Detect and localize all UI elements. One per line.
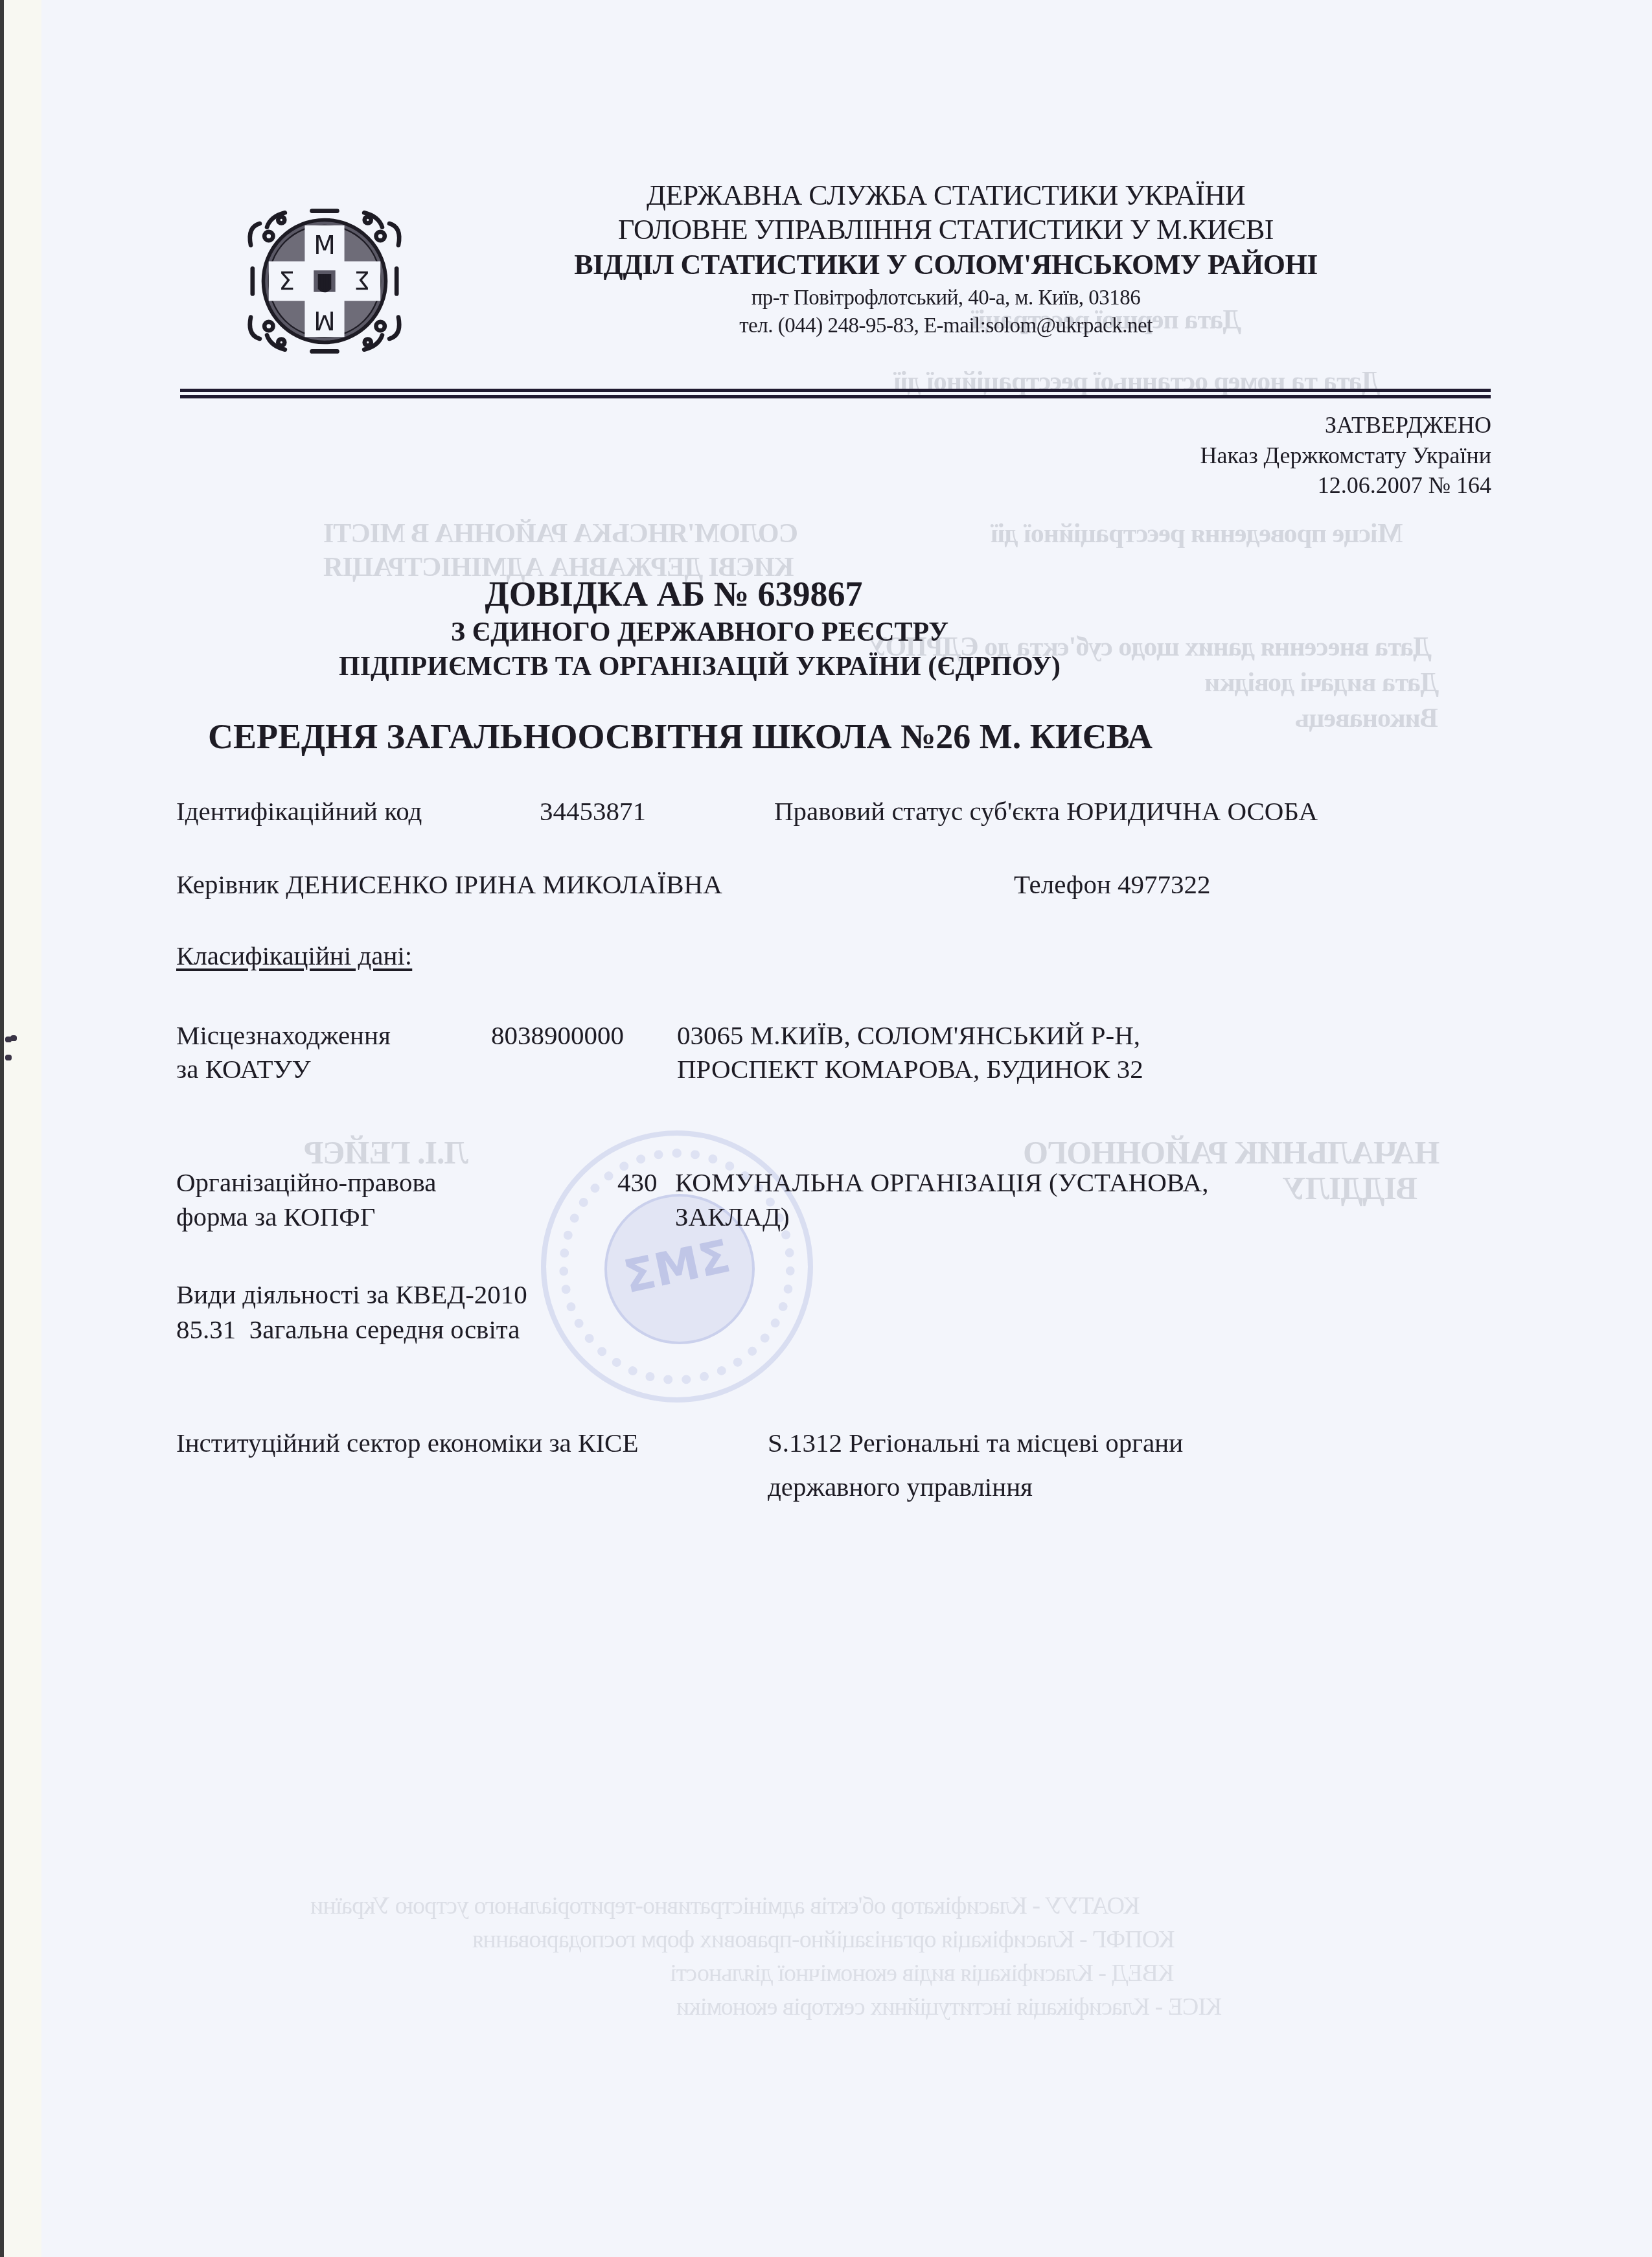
activity: 85.31 Загальна середня освіта [176,1316,520,1343]
bleed-through-text: КОАТУУ - Класифікатор об'єктів адміністр… [311,1892,1140,1920]
bleed-through-text: КВЕД - Класифікація видів економічної ді… [671,1959,1174,1988]
certificate-title: ДОВІДКА АБ № 639867 [0,577,1373,612]
bleed-through-text: ВІДДІЛУ [1283,1169,1417,1207]
certificate-subtitle: З ЄДИНОГО ДЕРЖАВНОГО РЕЄСТРУ [0,619,1399,646]
bleed-through-text: Місце проведення реєстраційної дії [991,518,1403,549]
sector-label: Інституційний сектор економіки за КІСЕ [176,1430,638,1456]
header-contacts: тел. (044) 248-95-83, E-mail:solom@ukrpa… [525,315,1367,337]
header-address: пр-т Повітрофлотський, 40-а, м. Київ, 03… [525,288,1367,309]
bleed-through-text: НАЧАЛЬНИК РАЙОННОГО [1024,1134,1440,1171]
statistics-emblem-icon: M M Σ Σ [235,191,415,371]
approval-label: ЗАТВЕРДЖЕНО [1325,413,1491,437]
svg-text:M: M [314,231,336,260]
legal-form-label: форма за КОПФГ [176,1204,375,1230]
svg-text:Σ: Σ [354,268,371,297]
header-agency: ДЕРЖАВНА СЛУЖБА СТАТИСТИКИ УКРАЇНИ [525,181,1367,210]
bleed-through-text: КІСЕ - Класифікація інституційних сектор… [677,1993,1222,2021]
legal-form-value: ЗАКЛАД) [675,1204,790,1230]
legal-status: Правовий статус суб'єкта ЮРИДИЧНА ОСОБА [774,798,1318,825]
location-label: Місцезнаходження [176,1022,391,1049]
kopfg-code: 430 [617,1169,658,1196]
legal-form-label: Організаційно-правова [176,1169,436,1196]
header-department: ГОЛОВНЕ УПРАВЛІННЯ СТАТИСТИКИ У М.КИЄВІ [525,216,1367,244]
phone-value: 4977322 [1118,869,1211,899]
koatuu-code: 8038900000 [491,1022,624,1049]
kved-code: 85.31 [176,1314,236,1344]
document-page: Дата першої реєстрації Дата та номер ост… [0,0,1652,2257]
certificate-subtitle: ПІДПРИЄМСТВ ТА ОРГАНІЗАЦІЙ УКРАЇНИ (ЄДРП… [0,653,1399,680]
legal-status-label: Правовий статус суб'єкта [774,796,1060,826]
phone-label: Телефон [1014,869,1111,899]
phone: Телефон 4977322 [1014,871,1211,898]
scan-margin [4,0,41,2257]
scan-speck [10,1035,17,1041]
classification-heading: Класифікаційні дані: [176,943,412,969]
header-rule [180,389,1491,392]
sector-value: державного управління [768,1474,1033,1500]
location-value: ПРОСПЕКТ КОМАРОВА, БУДИНОК 32 [677,1056,1143,1083]
bleed-through-text: КОПФГ - Класифікація організаційно-право… [473,1925,1175,1954]
bleed-through-text: Дата та номер останньої реєстраційної ді… [894,366,1380,397]
sector-value: S.1312 Регіональні та місцеві органи [768,1430,1183,1456]
head-value: ДЕНИСЕНКО ІРИНА МИКОЛАЇВНА [286,869,722,899]
legal-status-value: ЮРИДИЧНА ОСОБА [1066,796,1318,826]
location-label: за КОАТУУ [176,1056,311,1083]
head: Керівник ДЕНИСЕНКО ІРИНА МИКОЛАЇВНА [176,871,722,898]
svg-text:M: M [314,305,336,334]
approval-order: Наказ Держкомстату України [1200,444,1491,467]
location-value: 03065 М.КИЇВ, СОЛОМ'ЯНСЬКИЙ Р-Н, [677,1022,1140,1049]
bleed-through-text: Л.І. ГЕЙЄР [304,1134,468,1171]
svg-text:Σ: Σ [279,268,295,297]
scan-speck [5,1055,12,1060]
activity-value: Загальна середня освіта [249,1314,520,1344]
header-rule [180,395,1491,398]
organization-name: СЕРЕДНЯ ЗАГАЛЬНООСВІТНЯ ШКОЛА №26 М. КИЄ… [0,719,1522,754]
header-division: ВІДДІЛ СТАТИСТИКИ У СОЛОМ'ЯНСЬКОМУ РАЙОН… [525,251,1367,279]
activity-label: Види діяльності за КВЕД-2010 [176,1281,527,1308]
id-code-value: 34453871 [540,798,646,825]
bleed-through-text: СОЛОМ'ЯНСЬКА РАЙОННА В МІСТІ [324,518,798,549]
head-label: Керівник [176,869,279,899]
id-code-label: Ідентифікаційний код [176,798,422,825]
legal-form-value: КОМУНАЛЬНА ОРГАНІЗАЦІЯ (УСТАНОВА, [675,1169,1208,1196]
approval-date-number: 12.06.2007 № 164 [1318,474,1491,497]
